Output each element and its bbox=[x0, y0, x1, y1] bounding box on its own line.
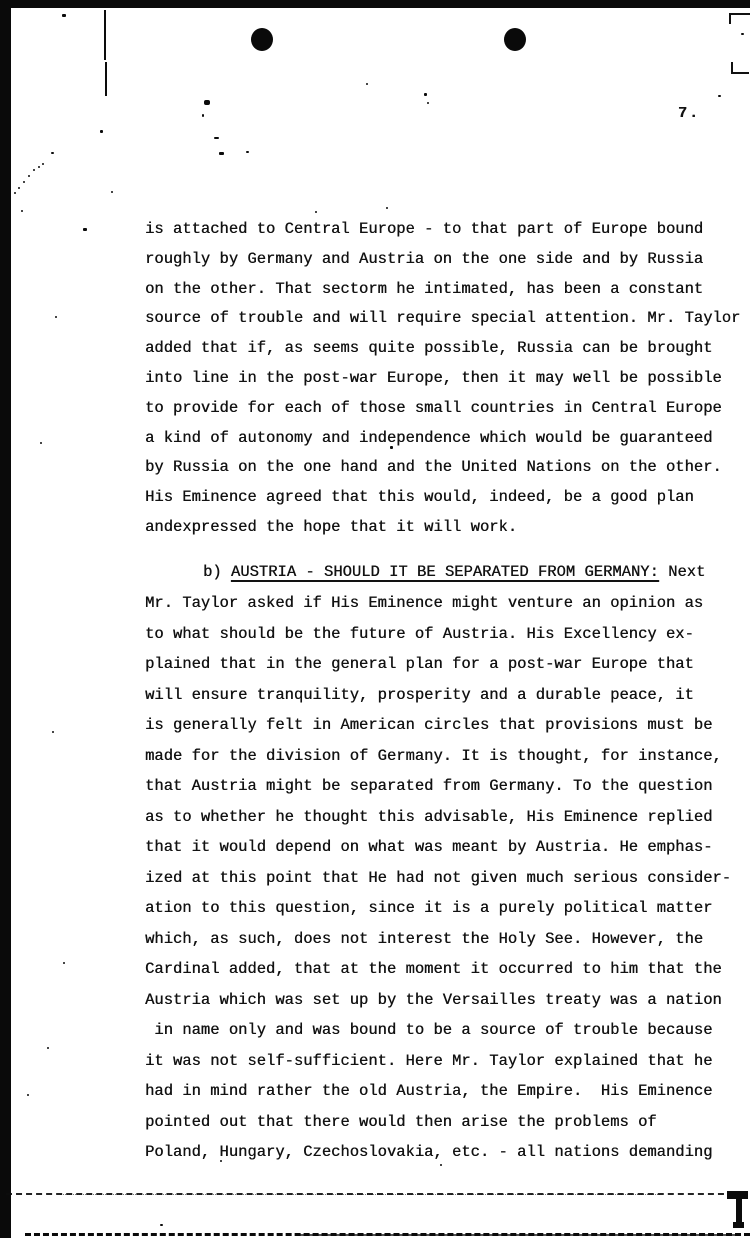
pen-mark-upper bbox=[104, 10, 106, 60]
scan-speck bbox=[386, 207, 388, 209]
scan-speck bbox=[246, 151, 249, 153]
page-number: 7. bbox=[678, 105, 700, 122]
bottom-right-mark-foot bbox=[733, 1222, 744, 1228]
scan-speck bbox=[427, 102, 429, 104]
scan-speck bbox=[28, 175, 30, 177]
scan-speck bbox=[47, 1047, 49, 1049]
punch-hole-right bbox=[504, 28, 526, 51]
scan-speck bbox=[219, 152, 224, 155]
punch-hole-left bbox=[251, 28, 273, 51]
scan-speck bbox=[111, 191, 113, 193]
scan-speck bbox=[55, 316, 57, 318]
scan-speck bbox=[718, 95, 721, 97]
scan-speck bbox=[14, 192, 16, 194]
scan-speck bbox=[440, 1164, 442, 1166]
paragraph-body: Mr. Taylor asked if His Eminence might v… bbox=[145, 588, 731, 1168]
scan-speck bbox=[52, 731, 54, 733]
scan-speck bbox=[220, 1160, 222, 1162]
scan-edge-bottom-2 bbox=[300, 1234, 740, 1236]
scan-speck bbox=[390, 446, 393, 449]
section-heading-suffix: Next bbox=[659, 563, 706, 581]
section-heading-title: AUSTRIA - SHOULD IT BE SEPARATED FROM GE… bbox=[231, 563, 659, 581]
paragraph-continuation: is attached to Central Europe - to that … bbox=[145, 215, 740, 543]
scan-speck bbox=[18, 187, 20, 189]
scan-speck bbox=[38, 166, 40, 168]
scan-speck bbox=[83, 228, 87, 231]
pen-mark-lower bbox=[105, 62, 107, 96]
scan-speck bbox=[42, 163, 44, 165]
bottom-dashed-line-2 bbox=[60, 1194, 660, 1195]
scan-edge-top bbox=[0, 0, 750, 8]
scanned-document-page: 7. is attached to Central Europe - to th… bbox=[0, 0, 750, 1238]
scan-speck bbox=[366, 83, 368, 85]
scan-speck bbox=[202, 114, 204, 117]
scan-speck bbox=[204, 100, 210, 105]
scan-speck bbox=[160, 1224, 163, 1226]
scan-speck bbox=[741, 33, 744, 35]
scan-speck bbox=[51, 152, 54, 154]
bottom-right-mark-stem bbox=[736, 1198, 742, 1223]
scan-speck bbox=[424, 93, 427, 96]
scan-speck bbox=[23, 181, 25, 183]
scan-speck bbox=[315, 211, 317, 213]
bottom-right-mark bbox=[727, 1191, 748, 1231]
scan-speck bbox=[63, 962, 65, 964]
corner-bracket-upper bbox=[729, 13, 750, 24]
section-heading: b) AUSTRIA - SHOULD IT BE SEPARATED FROM… bbox=[145, 557, 705, 588]
scan-speck bbox=[33, 169, 35, 171]
scan-speck bbox=[40, 442, 42, 444]
scan-speck bbox=[62, 14, 66, 17]
section-heading-prefix: b) bbox=[203, 563, 231, 581]
scan-speck bbox=[214, 137, 219, 139]
scan-speck bbox=[100, 130, 103, 133]
corner-bracket-lower bbox=[731, 62, 749, 74]
scan-edge-left bbox=[0, 0, 11, 1238]
scan-speck bbox=[21, 210, 23, 212]
scan-speck bbox=[27, 1094, 29, 1096]
